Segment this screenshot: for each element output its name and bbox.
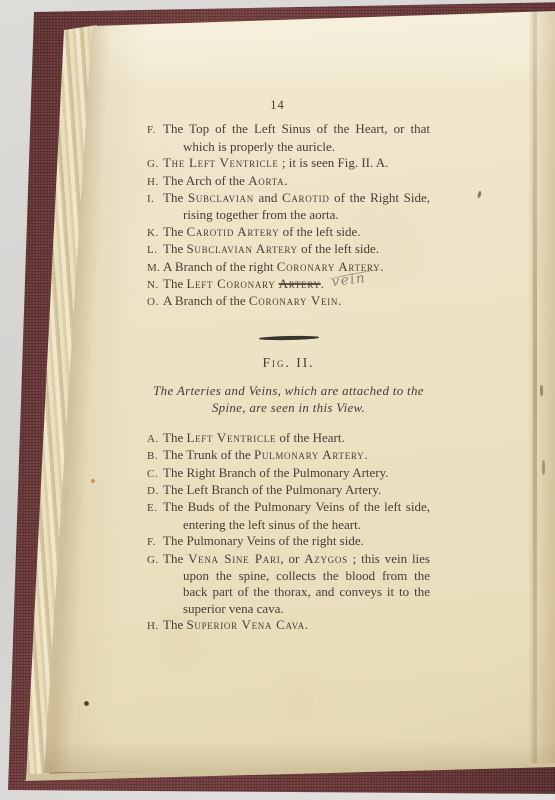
pencil-annotation: vein [331,270,367,291]
entry-label: H. [147,174,163,190]
page-number: 14 [136,97,419,113]
figure2-subtitle: The Arteries and Veins, which are attach… [147,382,430,416]
page-fore-edge [537,9,555,765]
text-segment: and [254,190,282,205]
text-segment: ; it is seen Fig. II. A. [279,155,389,170]
text-segment: of the left side. [298,241,379,256]
text-segment: . [284,173,287,188]
text-segment: The Trunk of the [163,447,254,462]
text-segment: The Arch of the [163,173,248,188]
list-entry: C.The Right Branch of the Pulmonary Arte… [147,465,430,482]
text-segment: . [338,293,341,308]
ink-speck [84,701,89,706]
text-segment: The [163,551,188,566]
smallcaps-segment: Superior Vena Cava [186,617,304,632]
text-segment: The Left Branch of the Pulmonary Artery. [163,482,381,497]
list-entry: M.A Branch of the right Coronary Artery. [147,259,430,276]
text-segment: The Right Branch of the Pulmonary Artery… [163,465,389,480]
list-entry: A.The Left Ventricle of the Heart. [147,430,430,447]
text-segment: The [163,190,188,205]
smallcaps-segment: Subclavian Artery [186,241,297,256]
text-segment: The Buds of the Pulmonary Veins of the l… [163,499,430,531]
list-entry: E.The Buds of the Pulmonary Veins of the… [147,499,430,533]
text-segment: The [163,430,186,445]
list-entry: F.The Top of the Left Sinus of the Heart… [147,121,430,155]
smallcaps-segment: Left Ventricle [186,430,276,445]
entry-label: E. [147,500,163,516]
foxing-speck [91,479,95,483]
subtitle-line: The Arteries and Veins, which are attach… [147,382,430,399]
entry-label: G. [147,552,163,568]
text-segment: A Branch of the right [163,259,277,274]
list-entry: D.The Left Branch of the Pulmonary Arter… [147,482,430,499]
entry-label: F. [147,534,163,550]
list-entry: L.The Subclavian Artery of the left side… [147,241,430,258]
list-entry: H.The Superior Vena Cava. [147,617,430,634]
figure2-title: Fig. II. [147,355,430,371]
figure2-list: A.The Left Ventricle of the Heart.B.The … [147,430,430,635]
list-entry: G.The Left Ventricle ; it is seen Fig. I… [147,155,430,172]
figure1-list: F.The Top of the Left Sinus of the Heart… [147,121,430,310]
text-segment: of the left side. [279,224,360,239]
text-segment: of the Heart. [276,430,345,445]
list-entry: G.The Vena Sine Pari, or Azygos ; this v… [147,551,430,618]
text-segment: The [163,241,186,256]
text-segment: The Pulmonary Veins of the right side. [163,533,364,548]
entry-label: D. [147,483,163,499]
ink-speck [477,191,482,199]
entry-label: I. [147,191,163,207]
entry-label: O. [147,294,163,310]
smallcaps-segment: The Left Ventricle [163,155,279,170]
smallcaps-segment: Subclavian [188,190,254,205]
text-segment: A Branch of the [163,293,249,308]
struck-word: Artery [279,276,321,291]
subtitle-line: Spine, are seen in this View. [147,399,430,416]
text-segment: The [163,617,186,632]
text-segment: . [364,447,367,462]
entry-label: G. [147,156,163,172]
list-entry: B.The Trunk of the Pulmonary Artery. [147,447,430,464]
section-divider [147,328,430,344]
text-segment: The [163,224,186,239]
smallcaps-segment: Carotid [282,190,330,205]
text-segment: , or [280,551,304,566]
smallcaps-segment: Azygos [304,551,348,566]
entry-label: A. [147,431,163,447]
entry-label: H. [147,618,163,634]
list-entry: K.The Carotid Artery of the left side. [147,224,430,241]
entry-label: F. [147,122,163,138]
entry-label: N. [147,277,163,293]
text-segment: The Top of the Left Sinus of the Heart, … [163,121,430,153]
photo-scene: 14 F.The Top of the Left Sinus of the He… [0,0,555,800]
list-entry: F.The Pulmonary Veins of the right side. [147,533,430,550]
entry-label: M. [147,260,163,276]
text-segment: . [380,259,383,274]
text-segment: The [163,276,186,291]
swelled-rule-ornament [258,336,318,341]
smallcaps-segment: Left Coronary [186,276,278,291]
smallcaps-segment: Pulmonary Artery [254,447,364,462]
entry-label: C. [147,466,163,482]
entry-label: L. [147,242,163,258]
smallcaps-segment: Carotid Artery [186,224,279,239]
smallcaps-segment: Coronary Vein [249,293,338,308]
list-entry: H.The Arch of the Aorta. [147,173,430,190]
smallcaps-segment: Vena Sine Pari [188,551,280,566]
entry-label: K. [147,225,163,241]
text-segment: . [321,276,324,291]
entry-label: B. [147,448,163,464]
smallcaps-segment: Aorta [248,173,284,188]
list-entry: O.A Branch of the Coronary Vein. [147,293,430,310]
list-entry: N.The Left Coronary Artery.vein [147,276,430,293]
page-content: 14 F.The Top of the Left Sinus of the He… [147,97,430,635]
text-segment: . [305,617,308,632]
list-entry: I.The Subclavian and Carotid of the Righ… [147,190,430,224]
